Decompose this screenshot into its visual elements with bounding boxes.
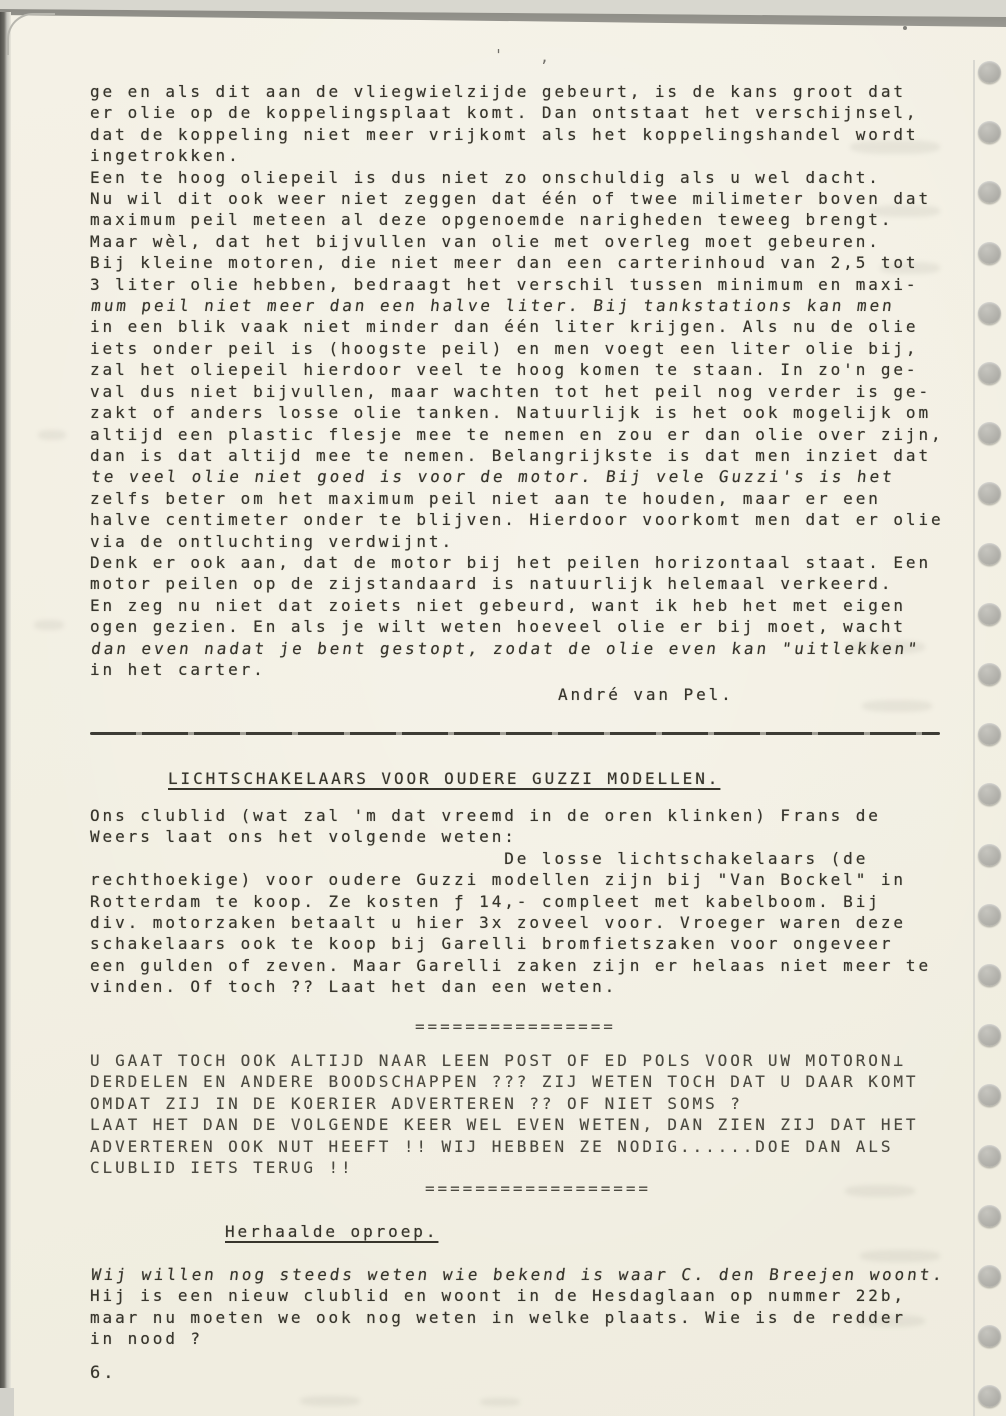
binder-hole bbox=[978, 121, 1001, 143]
text-line: ADVERTEREN OOK NUT HEEFT !! WIJ HEBBEN Z… bbox=[90, 1136, 919, 1157]
binder-hole bbox=[978, 61, 1001, 83]
text-line: Wij willen nog steeds weten wie bekend i… bbox=[90, 1264, 946, 1285]
stray-mark: ' bbox=[494, 46, 503, 64]
text-line: dan even nadat je bent gestopt, zodat de… bbox=[90, 638, 946, 659]
text-line: U GAAT TOCH OOK ALTIJD NAAR LEEN POST OF… bbox=[90, 1050, 919, 1071]
text-line: De losse lichtschakelaars (de bbox=[90, 848, 931, 869]
signature: André van Pel. bbox=[558, 684, 734, 705]
text-line: ingetrokken. bbox=[90, 145, 944, 166]
text-line: Bij kleine motoren, die niet meer dan ee… bbox=[90, 252, 944, 273]
text-line: mum peil niet meer dan een halve liter. … bbox=[90, 295, 946, 316]
binder-hole bbox=[978, 723, 1001, 745]
article1-body: ge en als dit aan de vliegwielzijde gebe… bbox=[90, 81, 944, 680]
bleed-smudge bbox=[845, 1185, 915, 1197]
text-line: val dus niet bijvullen, maar wachten tot… bbox=[90, 381, 944, 402]
page-right-edge-line bbox=[973, 60, 975, 1416]
binder-hole bbox=[978, 663, 1001, 685]
text-line: Rotterdam te koop. Ze kosten ƒ 14,- comp… bbox=[90, 891, 931, 912]
text-line: zelfs beter om het maximum peil niet aan… bbox=[90, 488, 944, 509]
text-line: LAAT HET DAN DE VOLGENDE KEER WEL EVEN W… bbox=[90, 1114, 919, 1135]
text-line: in nood ? bbox=[90, 1328, 944, 1349]
stray-speck bbox=[903, 26, 907, 30]
text-line: in het carter. bbox=[90, 659, 944, 680]
text-line: OMDAT ZIJ IN DE KOERIER ADVERTEREN ?? OF… bbox=[90, 1093, 919, 1114]
text-line: halve centimeter onder te blijven. Hierd… bbox=[90, 509, 944, 530]
divider-line bbox=[90, 732, 940, 735]
article2-body: Ons clublid (wat zal 'm dat vreemd in de… bbox=[90, 805, 931, 998]
binder-hole bbox=[978, 1325, 1001, 1347]
text-line: Ons clublid (wat zal 'm dat vreemd in de… bbox=[90, 805, 931, 826]
text-line: En zeg nu niet dat zoiets niet gebeurd, … bbox=[90, 595, 944, 616]
text-line: Nu wil dit ook weer niet zeggen dat één … bbox=[90, 188, 944, 209]
notice-body: U GAAT TOCH OOK ALTIJD NAAR LEEN POST OF… bbox=[90, 1050, 919, 1178]
binder-hole bbox=[978, 904, 1001, 926]
binder-hole bbox=[978, 1024, 1001, 1046]
binder-hole bbox=[978, 1385, 1001, 1407]
text-line: via de ontluchting verdwijnt. bbox=[90, 531, 944, 552]
article2-title: LICHTSCHAKELAARS VOOR OUDERE GUZZI MODEL… bbox=[168, 768, 720, 789]
separator: ================== bbox=[425, 1178, 651, 1199]
binder-hole bbox=[978, 1084, 1001, 1106]
text-line: maar nu moeten we ook nog weten in welke… bbox=[90, 1307, 944, 1328]
text-line: schakelaars ook te koop bij Garelli brom… bbox=[90, 933, 931, 954]
bleed-smudge bbox=[480, 1398, 520, 1406]
binder-hole bbox=[978, 964, 1001, 986]
text-line: Denk er ook aan, dat de motor bij het pe… bbox=[90, 552, 944, 573]
text-line: maximum peil meteen al deze opgenoemde n… bbox=[90, 209, 944, 230]
binder-hole bbox=[978, 482, 1001, 504]
scanned-page: ' , ge en als dit aan de vliegwielzijde … bbox=[0, 0, 1006, 1416]
text-line: te veel olie niet goed is voor de motor.… bbox=[90, 466, 946, 487]
text-line: dat de koppeling niet meer vrijkomt als … bbox=[90, 124, 944, 145]
text-line: in een blik vaak niet minder dan één lit… bbox=[90, 316, 944, 337]
binder-hole bbox=[978, 422, 1001, 444]
binder-hole bbox=[978, 1265, 1001, 1287]
separator: ================ bbox=[415, 1016, 616, 1037]
binder-hole bbox=[978, 181, 1001, 203]
page-number: 6. bbox=[90, 1361, 116, 1385]
text-line: motor peilen op de zijstandaard is natuu… bbox=[90, 573, 944, 594]
text-line: altijd een plastic flesje mee te nemen e… bbox=[90, 424, 944, 445]
text-line: Weers laat ons het volgende weten: bbox=[90, 826, 931, 847]
binder-hole bbox=[978, 1205, 1001, 1227]
text-line: vinden. Of toch ?? Laat het dan een wete… bbox=[90, 976, 931, 997]
text-line: div. motorzaken betaalt u hier 3x zoveel… bbox=[90, 912, 931, 933]
text-line: DERDELEN EN ANDERE BOODSCHAPPEN ??? ZIJ … bbox=[90, 1071, 919, 1092]
text-line: 3 liter olie hebben, bedraagt het versch… bbox=[90, 274, 944, 295]
text-line: zal het oliepeil hierdoor veel te hoog k… bbox=[90, 359, 944, 380]
text-line: een gulden of zeven. Maar Garelli zaken … bbox=[90, 955, 931, 976]
binder-hole bbox=[978, 543, 1001, 565]
bleed-smudge bbox=[34, 620, 64, 630]
bleed-smudge bbox=[862, 700, 932, 712]
binder-hole bbox=[978, 362, 1001, 384]
binder-hole bbox=[978, 844, 1001, 866]
bleed-smudge bbox=[38, 430, 66, 440]
text-line: Hij is een nieuw clublid en woont in de … bbox=[90, 1285, 944, 1306]
text-line: Een te hoog oliepeil is dus niet zo onsc… bbox=[90, 167, 944, 188]
binder-hole bbox=[978, 242, 1001, 264]
text-line: ogen gezien. En als je wilt weten hoevee… bbox=[90, 616, 944, 637]
binder-hole bbox=[978, 302, 1001, 324]
binder-hole bbox=[978, 783, 1001, 805]
stray-mark: , bbox=[540, 48, 549, 66]
text-line: zakt of anders losse olie tanken. Natuur… bbox=[90, 402, 944, 423]
binder-hole bbox=[978, 1145, 1001, 1167]
scan-left-bottom-edge bbox=[0, 1388, 14, 1416]
text-line: ge en als dit aan de vliegwielzijde gebe… bbox=[90, 81, 944, 102]
text-line: iets onder peil is (hoogste peil) en men… bbox=[90, 338, 944, 359]
scan-left-edge bbox=[0, 12, 11, 1392]
text-line: rechthoekige) voor oudere Guzzi modellen… bbox=[90, 869, 931, 890]
text-line: dan is dat altijd mee te nemen. Belangri… bbox=[90, 445, 944, 466]
text-line: er olie op de koppelingsplaat komt. Dan … bbox=[90, 102, 944, 123]
binder-hole bbox=[978, 603, 1001, 625]
bleed-smudge bbox=[860, 1250, 940, 1262]
article3-body: Wij willen nog steeds weten wie bekend i… bbox=[90, 1264, 944, 1350]
page-corner bbox=[7, 13, 55, 55]
text-line: Maar wèl, dat het bijvullen van olie met… bbox=[90, 231, 944, 252]
text-line: CLUBLID IETS TERUG !! bbox=[90, 1157, 919, 1178]
bleed-smudge bbox=[300, 1396, 360, 1406]
article3-title: Herhaalde oproep. bbox=[225, 1221, 438, 1242]
